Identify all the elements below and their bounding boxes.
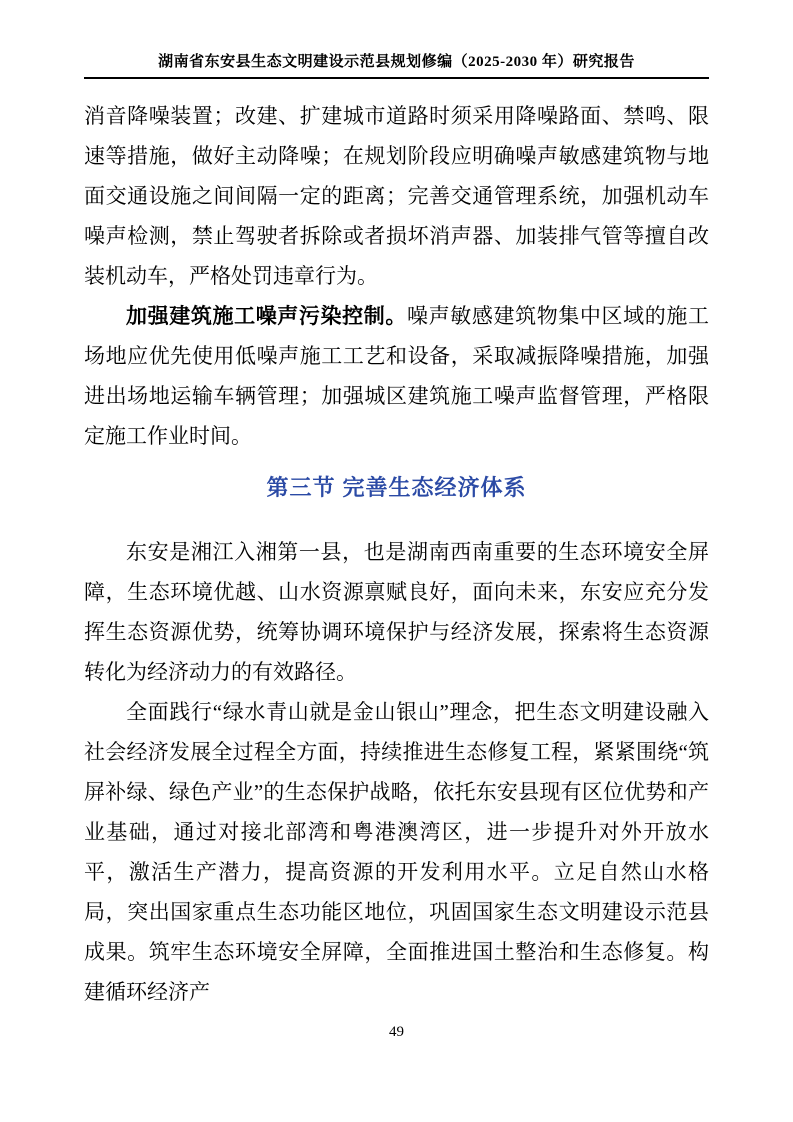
document-body: 消音降噪装置；改建、扩建城市道路时须采用降噪路面、禁鸣、限速等措施，做好主动降噪…: [84, 96, 709, 1012]
paragraph-dongan-intro: 东安是湘江入湘第一县，也是湖南西南重要的生态环境安全屏障，生态环境优越、山水资源…: [84, 532, 709, 692]
paragraph-two-mountains-concept: 全面践行“绿水青山就是金山银山”理念，把生态文明建设融入社会经济发展全过程全方面…: [84, 692, 709, 1012]
page-number: 49: [389, 1024, 404, 1040]
paragraph-lead-bold: 加强建筑施工噪声污染控制。: [126, 304, 407, 328]
page-footer: 49: [0, 1024, 793, 1041]
document-page: 湖南省东安县生态文明建设示范县规划修编（2025-2030 年）研究报告 消音降…: [0, 0, 793, 1122]
paragraph-traffic-noise: 消音降噪装置；改建、扩建城市道路时须采用降噪路面、禁鸣、限速等措施，做好主动降噪…: [84, 96, 709, 296]
section-heading: 第三节 完善生态经济体系: [84, 472, 709, 504]
paragraph-construction-noise: 加强建筑施工噪声污染控制。噪声敏感建筑物集中区域的施工场地应优先使用低噪声施工工…: [84, 296, 709, 456]
header-title: 湖南省东安县生态文明建设示范县规划修编（2025-2030 年）研究报告: [158, 54, 635, 70]
page-header: 湖南省东安县生态文明建设示范县规划修编（2025-2030 年）研究报告: [84, 50, 709, 79]
